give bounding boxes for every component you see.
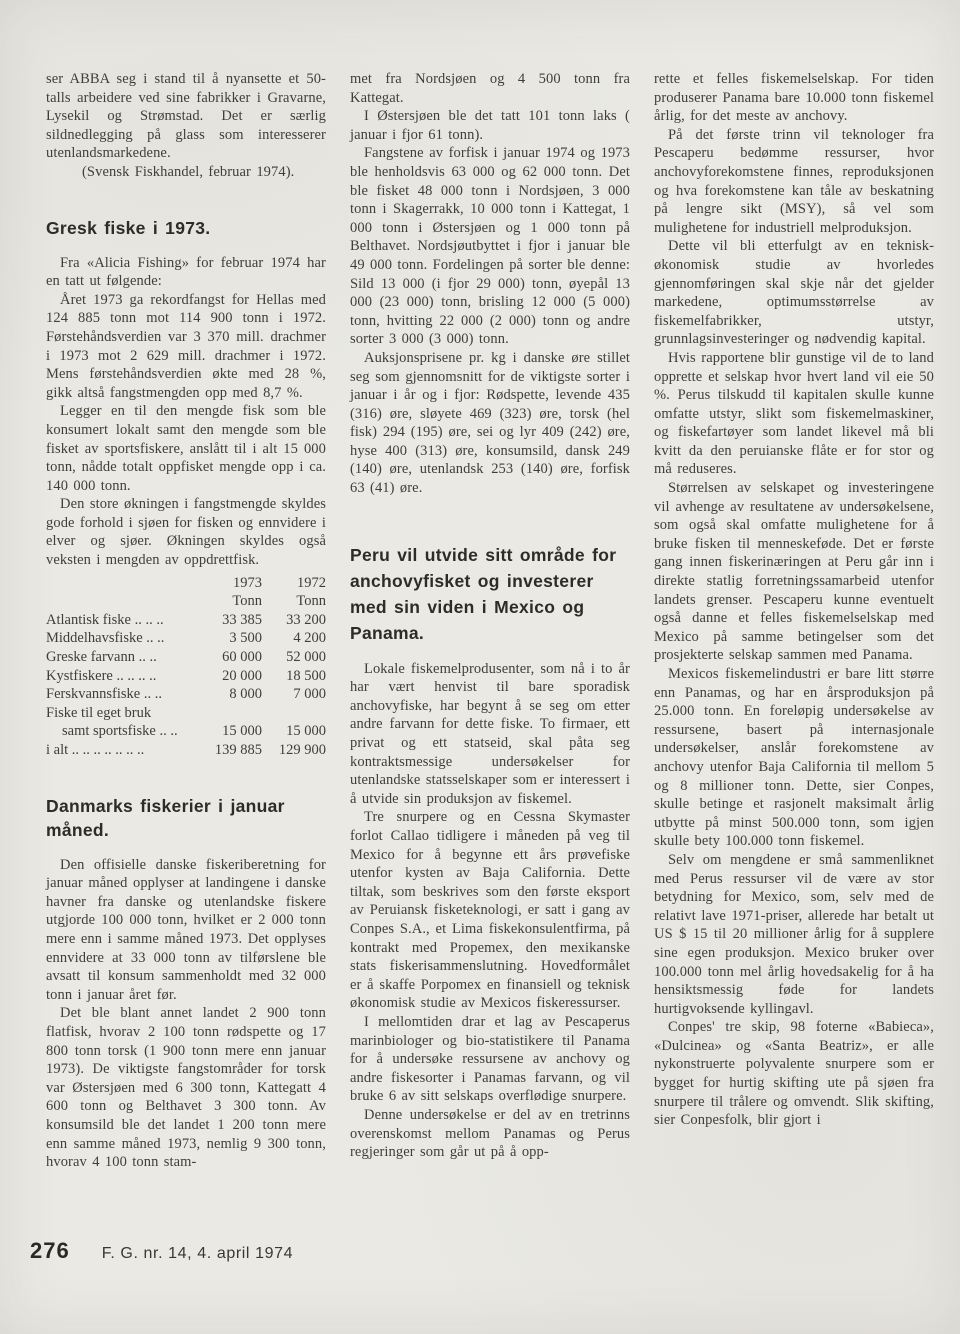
scanned-magazine-page: ser ABBA seg i stand til å nyansette et … bbox=[0, 0, 960, 1334]
column-left: ser ABBA seg i stand til å nyansette et … bbox=[46, 70, 326, 1172]
paragraph-continuation: met fra Nordsjøen og 4 500 tonn fra Katt… bbox=[350, 70, 630, 107]
page-columns: ser ABBA seg i stand til å nyansette et … bbox=[0, 0, 960, 1172]
unit-header: Tonn bbox=[198, 592, 262, 611]
paragraph: Året 1973 ga rekordfangst for Hellas med… bbox=[46, 291, 326, 403]
unit-header: Tonn bbox=[262, 592, 326, 611]
year-header-1972: 1972 bbox=[262, 574, 326, 593]
paragraph: Fangstene av forfisk i januar 1974 og 19… bbox=[350, 144, 630, 349]
paragraph: Denne undersøkelse er del av en tretrinn… bbox=[350, 1106, 630, 1162]
table-header-units: Tonn Tonn bbox=[46, 592, 326, 611]
column-middle: met fra Nordsjøen og 4 500 tonn fra Katt… bbox=[350, 70, 630, 1172]
paragraph: Størrelsen av selskapet og investeringen… bbox=[654, 479, 934, 665]
column-right: rette et felles fiskemelselskap. For tid… bbox=[654, 70, 934, 1172]
table-header-years: 1973 1972 bbox=[46, 574, 326, 593]
paragraph: Conpes' tre skip, 98 foterne «Babieca», … bbox=[654, 1018, 934, 1130]
issue-line: F. G. nr. 14, 4. april 1974 bbox=[102, 1245, 293, 1263]
table-row: Fiske til eget bruk bbox=[46, 704, 326, 723]
table-row-total: i alt .. .. .. .. .. .. .. 139 885 129 9… bbox=[46, 741, 326, 760]
paragraph: Mexicos fiskemelindustri er bare litt st… bbox=[654, 665, 934, 851]
paragraph: Selv om mengdene er små sammenliknet med… bbox=[654, 851, 934, 1018]
table-row: Middelhavsfiske .. .. 3 500 4 200 bbox=[46, 629, 326, 648]
paragraph: Auksjonsprisene pr. kg i danske øre stil… bbox=[350, 349, 630, 498]
paragraph: Legger en til den mengde fisk som ble ko… bbox=[46, 402, 326, 495]
page-footer: 276 F. G. nr. 14, 4. april 1974 bbox=[30, 1238, 293, 1264]
paragraph-continuation: rette et felles fiskemelselskap. For tid… bbox=[654, 70, 934, 126]
paragraph: Lokale fiskemelprodusenter, som nå i to … bbox=[350, 660, 630, 809]
year-header-1973: 1973 bbox=[198, 574, 262, 593]
page-number: 276 bbox=[30, 1238, 70, 1264]
paragraph: Den store økningen i fangstmengde skylde… bbox=[46, 495, 326, 569]
catch-statistics-table: 1973 1972 Tonn Tonn Atlantisk fiske .. .… bbox=[46, 574, 326, 760]
paragraph: Dette vil bli etterfulgt av en teknisk-ø… bbox=[654, 237, 934, 349]
source-attribution: (Svensk Fiskhandel, februar 1974). bbox=[46, 163, 326, 182]
article-heading-denmark-fisheries: Danmarks fiskerier i januar måned. bbox=[46, 794, 326, 842]
paragraph: På det første trinn vil teknologer fra P… bbox=[654, 126, 934, 238]
table-row: Greske farvann .. .. 60 000 52 000 bbox=[46, 648, 326, 667]
article-heading-peru-expansion: Peru vil utvide sitt område for anchovyf… bbox=[350, 542, 630, 646]
paragraph: Tre snurpere og en Cessna Skymaster forl… bbox=[350, 808, 630, 1013]
paragraph: Hvis rapportene blir gunstige vil de to … bbox=[654, 349, 934, 479]
table-row: samt sportsfiske .. .. 15 000 15 000 bbox=[46, 722, 326, 741]
paragraph: I mellomtiden drar et lag av Pescaperus … bbox=[350, 1013, 630, 1106]
paragraph: Det ble blant annet landet 2 900 tonn fl… bbox=[46, 1004, 326, 1171]
table-row: Ferskvannsfiske .. .. 8 000 7 000 bbox=[46, 685, 326, 704]
table-row: Atlantisk fiske .. .. .. 33 385 33 200 bbox=[46, 611, 326, 630]
article-heading-greek-fisheries: Gresk fiske i 1973. bbox=[46, 216, 326, 240]
table-row: Kystfiskere .. .. .. .. 20 000 18 500 bbox=[46, 667, 326, 686]
paragraph: I Østersjøen ble det tatt 101 tonn laks … bbox=[350, 107, 630, 144]
paragraph: Den offisielle danske fiskeriberetning f… bbox=[46, 856, 326, 1005]
paragraph-continuation: ser ABBA seg i stand til å nyansette et … bbox=[46, 70, 326, 163]
paragraph: Fra «Alicia Fishing» for februar 1974 ha… bbox=[46, 254, 326, 291]
